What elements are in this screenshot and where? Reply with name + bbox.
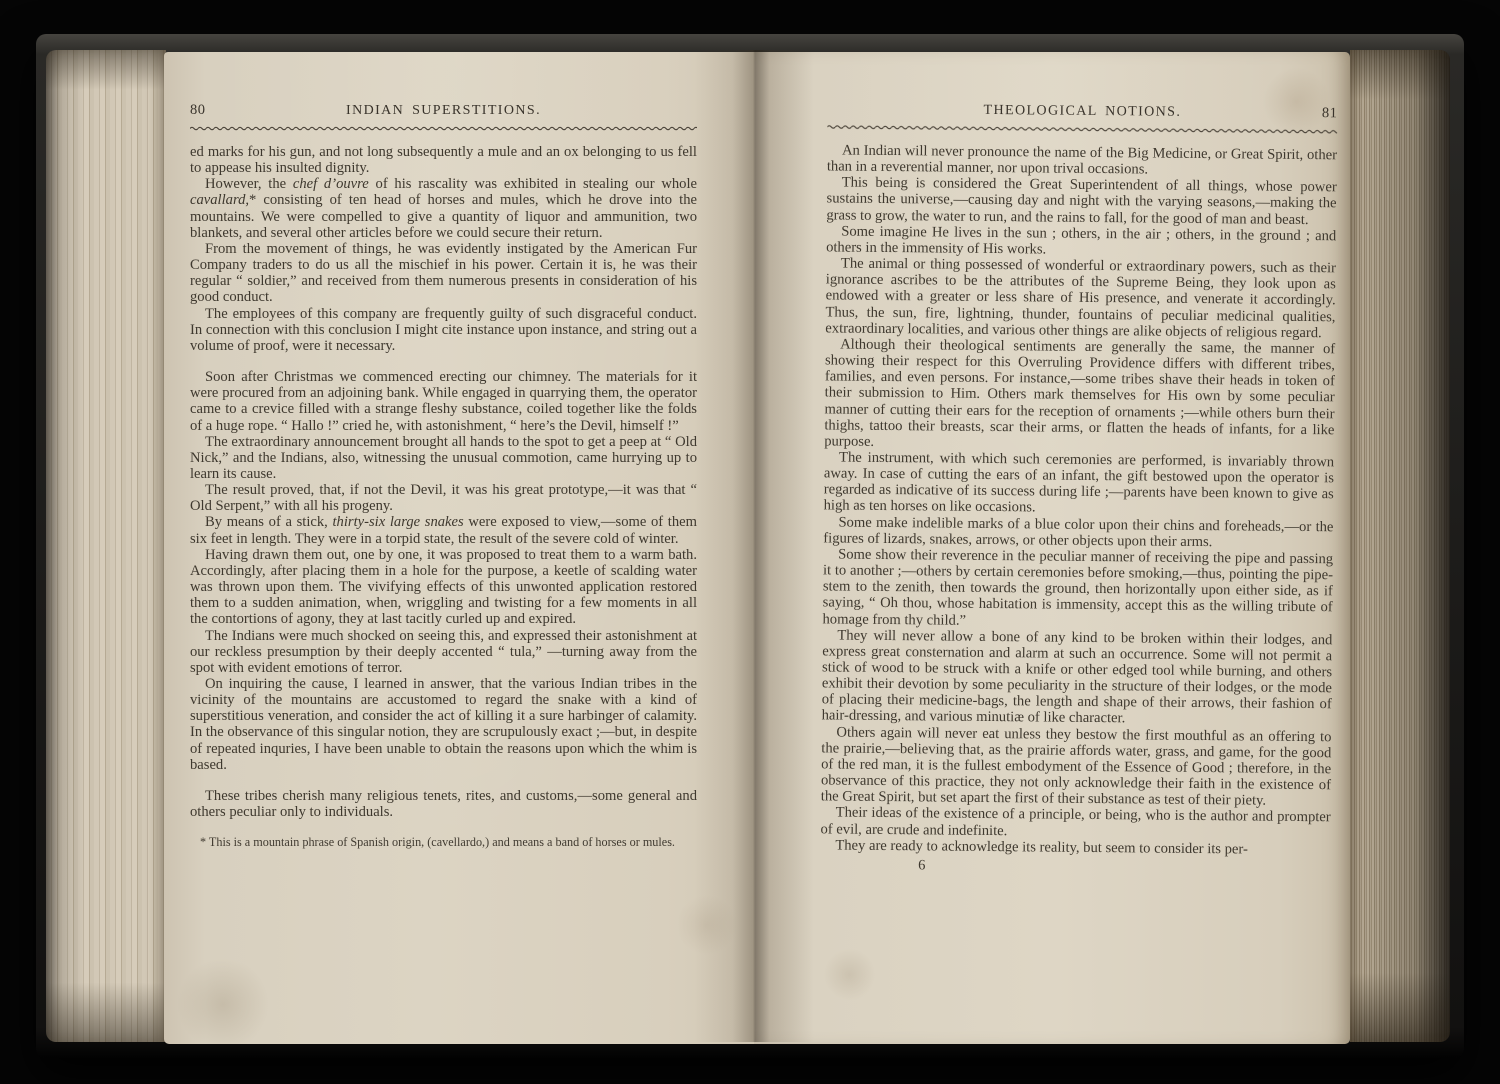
right-page-fore-edge [1350,50,1450,1042]
paragraph: The extraordinary announcement brought a… [190,434,697,482]
paragraph: The animal or thing possessed of wonderf… [825,256,1336,342]
right-page-text: An Indian will never pronounce the name … [820,142,1337,858]
left-page-number: 80 [190,102,238,119]
paragraph: These tribes cherish many religious tene… [190,788,697,820]
wavy-rule [827,123,1337,135]
paragraph: This being is considered the Great Super… [826,175,1336,228]
left-page-text: ed marks for his gun, and not long subse… [190,144,697,820]
paragraph: However, the chef d’ouvre of his rascali… [190,176,697,241]
left-page-edges [46,50,166,1042]
book: 80 INDIAN SUPERSTITIONS. ed marks for hi… [36,34,1464,1058]
right-page-number: 81 [1289,105,1337,122]
paragraph: On inquiring the cause, I learned in ans… [190,676,697,773]
wavy-rule [190,125,697,132]
paragraph: They will never allow a bone of any kind… [822,627,1333,729]
right-running-head: THEOLOGICAL NOTIONS. [875,102,1289,122]
paragraph: The instrument, with which such ceremoni… [824,449,1335,519]
paragraph: From the movement of things, he was evid… [190,241,697,306]
paragraph: An Indian will never pronounce the name … [827,142,1337,179]
paragraph: Some show their reverence in the peculia… [822,546,1333,632]
paragraph: Having drawn them out, one by one, it wa… [190,547,697,628]
right-page: THEOLOGICAL NOTIONS. 81 An Indian will n… [754,52,1350,1044]
paragraph: Their ideas of the existence of a princi… [820,805,1330,842]
paragraph: The result proved, that, if not the Devi… [190,482,697,514]
left-running-header: 80 INDIAN SUPERSTITIONS. [190,102,697,119]
left-running-head: INDIAN SUPERSTITIONS. [238,103,649,119]
paragraph: Others again will never eat unless they … [821,724,1332,810]
right-running-header: THEOLOGICAL NOTIONS. 81 [827,100,1337,122]
paragraph: ed marks for his gun, and not long subse… [190,144,697,176]
footnote: * This is a mountain phrase of Spanish o… [190,835,697,850]
paragraph: The employees of this company are freque… [190,306,697,354]
left-page: 80 INDIAN SUPERSTITIONS. ed marks for hi… [164,52,754,1044]
paragraph: Some make indelible marks of a blue colo… [823,514,1333,551]
paragraph: Some imagine He lives in the sun ; other… [826,223,1336,260]
paragraph: Soon after Christmas we commenced erecti… [190,369,697,434]
paragraph: Although their theological sentiments ar… [824,336,1335,454]
paragraph: By means of a stick, thirty-six large sn… [190,514,697,546]
signature-mark: 6 [918,857,1330,878]
paragraph: The Indians were much shocked on seeing … [190,628,697,676]
